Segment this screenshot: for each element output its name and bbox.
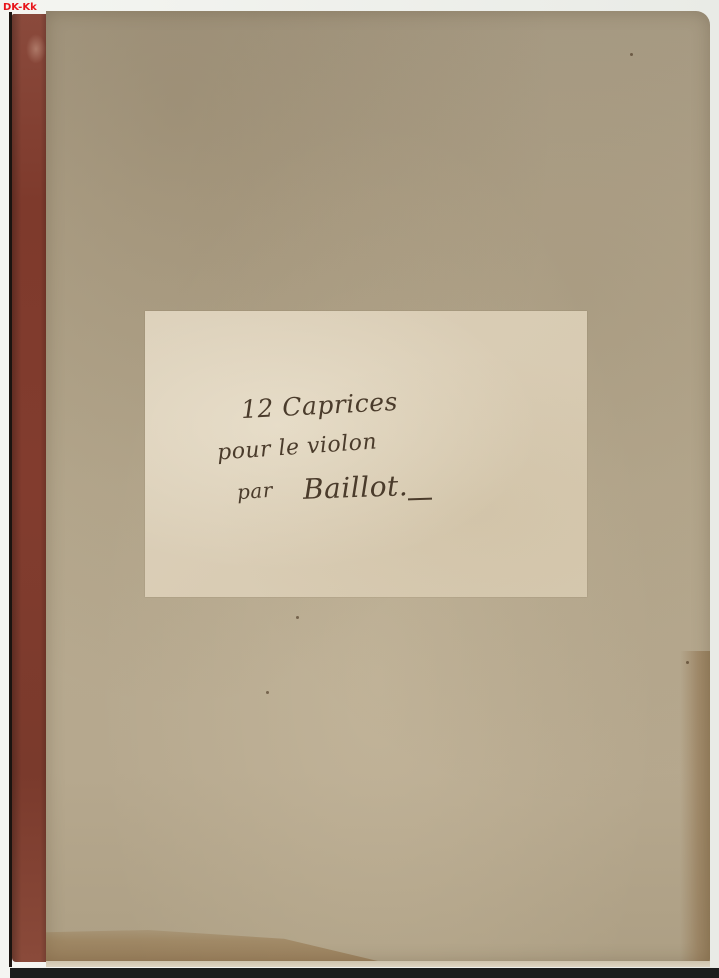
cover-stain-bottom xyxy=(46,919,386,963)
label-subtitle-line: pour le violon xyxy=(216,429,378,465)
cover-stain-right xyxy=(680,651,710,961)
label-title-line: 12 Caprices xyxy=(240,387,398,424)
label-by-word: par xyxy=(236,478,273,504)
scanner-bottom-bar xyxy=(10,968,719,978)
label-composer-name: Baillot. xyxy=(302,469,408,506)
archive-mark: DK-Kk xyxy=(3,2,37,13)
cover-speck xyxy=(686,661,689,664)
cover-speck xyxy=(266,691,269,694)
cover-speck xyxy=(630,53,633,56)
cover-speck xyxy=(296,616,299,619)
title-label: 12 Caprices pour le violon par Baillot. xyxy=(145,311,587,597)
spine-wear-mark xyxy=(26,34,46,64)
book-spine xyxy=(12,14,50,962)
cover-page-edge xyxy=(46,961,710,967)
label-flourish-dash xyxy=(408,498,432,501)
